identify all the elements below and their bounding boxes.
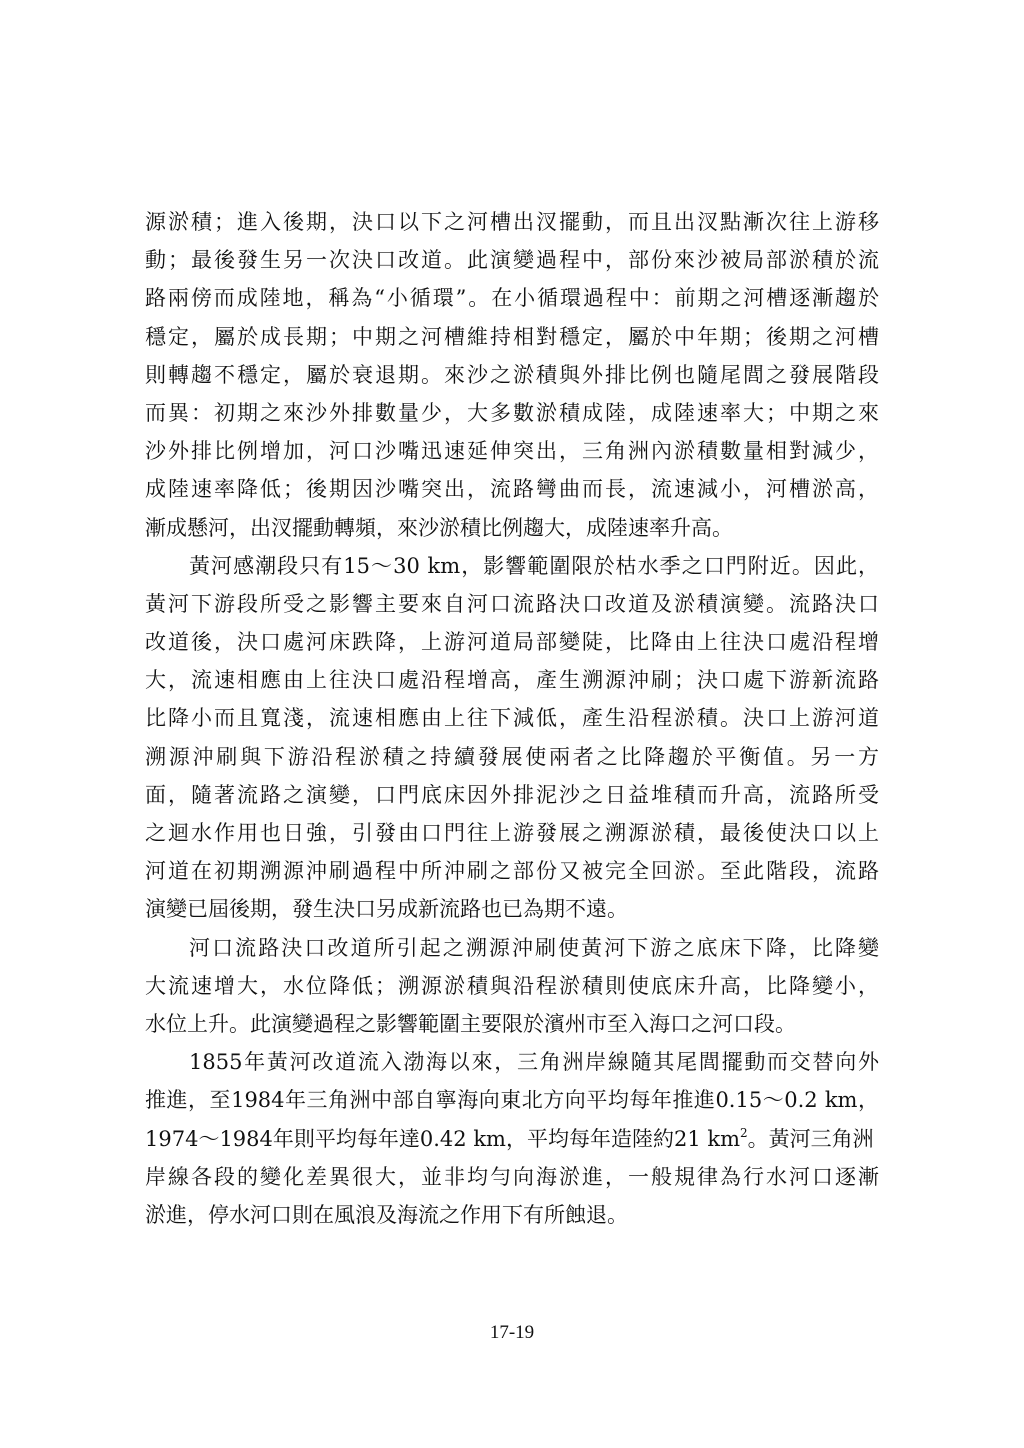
paragraph-2: 黃河感潮段只有15～30 km，影響範圍限於枯水季之口門附近。因此， 黃河下游段… bbox=[145, 547, 879, 929]
text-line: 岸線各段的變化差異很大，並非均勻向海淤進，一般規律為行水河口逐漸 bbox=[145, 1158, 879, 1196]
text-segment: 。黃河三角洲 bbox=[748, 1127, 874, 1151]
page-number: 17-19 bbox=[0, 1322, 1024, 1344]
text-line: 大，流速相應由上往決口處沿程增高，產生溯源沖刷；決口處下游新流路 bbox=[145, 661, 879, 699]
text-line: 則轉趨不穩定，屬於衰退期。來沙之淤積與外排比例也隨尾閭之發展階段 bbox=[145, 356, 879, 394]
text-line: 水位上升。此演變過程之影響範圍主要限於濱州市至入海口之河口段。 bbox=[145, 1005, 879, 1043]
paragraph-1: 源淤積；進入後期，決口以下之河槽出汊擺動，而且出汊點漸次往上游移 動；最後發生另… bbox=[145, 203, 879, 547]
text-line: 面，隨著流路之演變，口門底床因外排泥沙之日益堆積而升高，流路所受 bbox=[145, 776, 879, 814]
text-line: 漸成懸河，出汊擺動轉頻，來沙淤積比例趨大，成陸速率升高。 bbox=[145, 509, 879, 547]
text-line: 源淤積；進入後期，決口以下之河槽出汊擺動，而且出汊點漸次往上游移 bbox=[145, 203, 879, 241]
text-line: 改道後，決口處河床跌降，上游河道局部變陡，比降由上往決口處沿程增 bbox=[145, 623, 879, 661]
text-line: 推進，至1984年三角洲中部自寧海向東北方向平均每年推進0.15～0.2 km， bbox=[145, 1081, 879, 1119]
text-line: 路兩傍而成陸地，稱為“小循環”。在小循環過程中：前期之河槽逐漸趨於 bbox=[145, 279, 879, 317]
text-line: 河口流路決口改道所引起之溯源沖刷使黃河下游之底床下降，比降變 bbox=[145, 929, 879, 967]
text-line: 動；最後發生另一次決口改道。此演變過程中，部份來沙被局部淤積於流 bbox=[145, 241, 879, 279]
text-line: 成陸速率降低；後期因沙嘴突出，流路彎曲而長，流速減小，河槽淤高， bbox=[145, 470, 879, 508]
text-line: 之迴水作用也日強，引發由口門往上游發展之溯源淤積，最後使決口以上 bbox=[145, 814, 879, 852]
text-line: 1855年黃河改道流入渤海以來，三角洲岸線隨其尾閭擺動而交替向外 bbox=[145, 1043, 879, 1081]
paragraph-3: 河口流路決口改道所引起之溯源沖刷使黃河下游之底床下降，比降變 大流速增大，水位降… bbox=[145, 929, 879, 1044]
text-line: 穩定，屬於成長期；中期之河槽維持相對穩定，屬於中年期；後期之河槽 bbox=[145, 318, 879, 356]
text-segment: 1974～1984年則平均每年達0.42 km，平均每年造陸約21 km bbox=[145, 1127, 740, 1151]
text-line: 比降小而且寬淺，流速相應由上往下減低，產生沿程淤積。決口上游河道 bbox=[145, 699, 879, 737]
superscript: 2 bbox=[740, 1126, 748, 1140]
paragraph-4: 1855年黃河改道流入渤海以來，三角洲岸線隨其尾閭擺動而交替向外 推進，至198… bbox=[145, 1043, 879, 1234]
text-line: 溯源沖刷與下游沿程淤積之持續發展使兩者之比降趨於平衡值。另一方 bbox=[145, 738, 879, 776]
text-line: 淤進，停水河口則在風浪及海流之作用下有所蝕退。 bbox=[145, 1196, 879, 1234]
text-line: 大流速增大，水位降低；溯源淤積與沿程淤積則使底床升高，比降變小， bbox=[145, 967, 879, 1005]
text-line: 河道在初期溯源沖刷過程中所沖刷之部份又被完全回淤。至此階段，流路 bbox=[145, 852, 879, 890]
text-line: 而異：初期之來沙外排數量少，大多數淤積成陸，成陸速率大；中期之來 bbox=[145, 394, 879, 432]
document-page: 源淤積；進入後期，決口以下之河槽出汊擺動，而且出汊點漸次往上游移 動；最後發生另… bbox=[0, 0, 1024, 1448]
text-line: 黃河感潮段只有15～30 km，影響範圍限於枯水季之口門附近。因此， bbox=[145, 547, 879, 585]
text-line: 黃河下游段所受之影響主要來自河口流路決口改道及淤積演變。流路決口 bbox=[145, 585, 879, 623]
body-text: 源淤積；進入後期，決口以下之河槽出汊擺動，而且出汊點漸次往上游移 動；最後發生另… bbox=[145, 203, 879, 1234]
text-line: 1974～1984年則平均每年達0.42 km，平均每年造陸約21 km2。黃河… bbox=[145, 1120, 879, 1158]
text-line: 演變已屆後期，發生決口另成新流路也已為期不遠。 bbox=[145, 890, 879, 928]
text-line: 沙外排比例增加，河口沙嘴迅速延伸突出，三角洲內淤積數量相對減少， bbox=[145, 432, 879, 470]
